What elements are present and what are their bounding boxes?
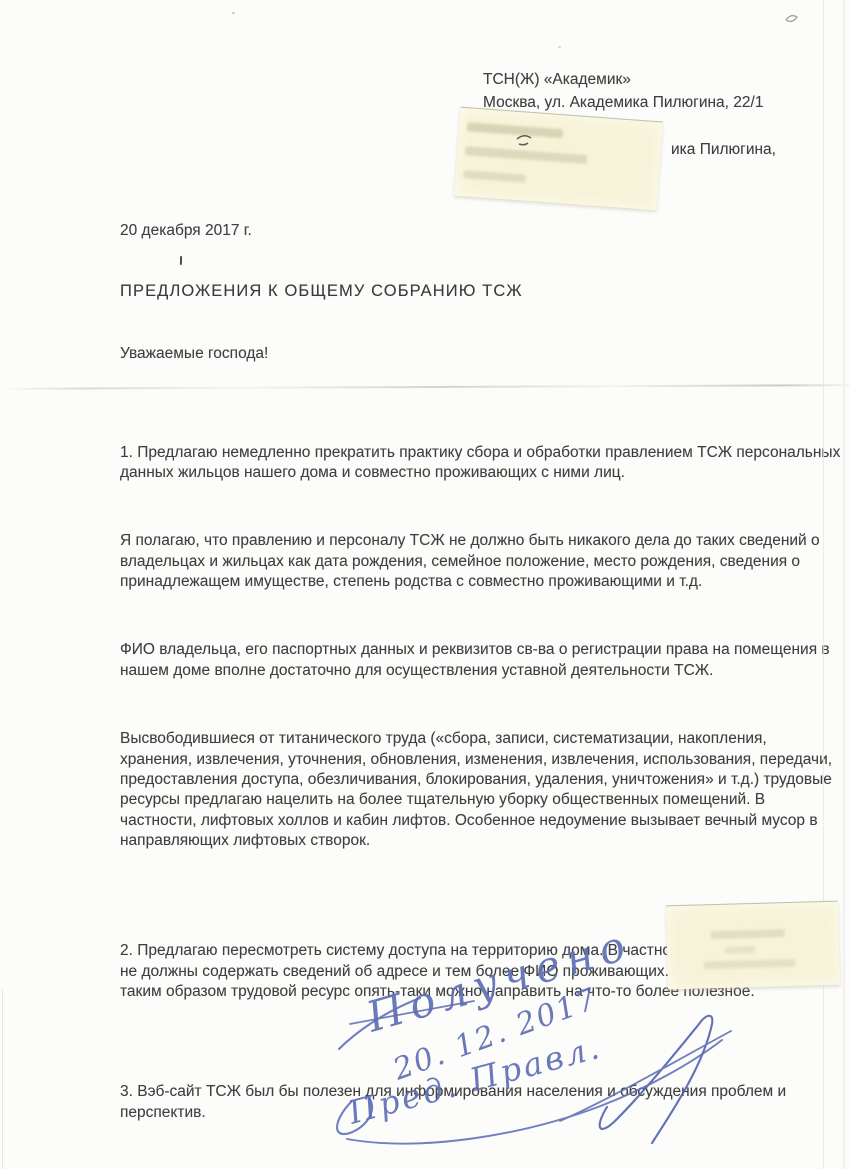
covered-text-ghost — [467, 122, 563, 138]
covered-recipient-fragment: ика Пилюгина, — [671, 140, 776, 160]
scanned-letter-page: ТСН(Ж) «Академик» Москва, ул. Академика … — [0, 0, 850, 1169]
salutation: Уважаемые господа! — [120, 344, 268, 364]
paragraph-proposal-3: 3. Вэб-сайт ТСЖ был бы полезен для инфор… — [120, 1082, 840, 1123]
covered-text-ghost — [703, 959, 795, 970]
scan-artifact-line-left — [2, 990, 3, 1169]
date-line: 20 декабря 2017 г. — [120, 221, 252, 241]
stray-pen-tick — [180, 256, 182, 265]
scan-artifact-line — [823, 0, 824, 1169]
corner-mark-icon — [786, 16, 797, 22]
sticky-note-top — [454, 107, 663, 211]
sender-block: ТСН(Ж) «Академик» Москва, ул. Академика … — [483, 69, 763, 114]
covered-text-ghost — [463, 170, 525, 183]
dust-speck — [232, 12, 235, 14]
sticky-note-bottom — [666, 901, 840, 990]
covered-text-ghost — [711, 929, 785, 939]
covered-text-ghost — [465, 146, 587, 164]
document-title: ПРЕДЛОЖЕНИЯ К ОБЩЕМУ СОБРАНИЮ ТСЖ — [120, 281, 523, 301]
org-name: ТСН(Ж) «Академик» — [483, 71, 631, 88]
dust-speck — [558, 46, 561, 48]
paragraph-fio: ФИО владельца, его паспортных данных и р… — [120, 640, 840, 681]
scan-edge-shadow — [843, 0, 845, 1169]
letter-body: 1. Предлагаю немедленно прекратить практ… — [120, 402, 840, 1169]
paragraph-proposal-1: 1. Предлагаю немедленно прекратить практ… — [120, 443, 840, 484]
covered-text-ghost — [725, 946, 755, 954]
paragraph-resources: Высвободившиеся от титанического труда (… — [120, 729, 840, 851]
paragraph-opinion: Я полагаю, что правлению и персоналу ТСЖ… — [120, 531, 840, 592]
paper-crease-line — [0, 384, 850, 390]
org-address: Москва, ул. Академика Пилюгина, 22/1 — [483, 94, 763, 111]
